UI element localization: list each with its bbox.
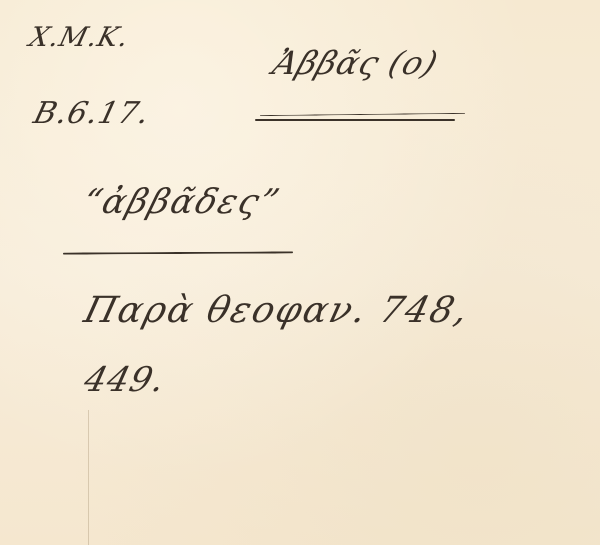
quoted-form: “ἀββᾶδες” xyxy=(78,182,285,222)
index-card: Χ.Μ.Κ. Β.6.17. Ἀββᾶς (ο) “ἀββᾶδες” Παρὰ … xyxy=(0,0,600,545)
source-reference-line-2: 449. xyxy=(80,360,170,400)
author-initials: Χ.Μ.Κ. xyxy=(26,22,133,53)
headword: Ἀββᾶς (ο) xyxy=(268,44,443,82)
headword-underline-bottom xyxy=(255,119,455,121)
entry-date: Β.6.17. xyxy=(30,96,154,131)
paper-crease xyxy=(88,410,89,545)
quoted-form-underline xyxy=(63,251,293,254)
headword-underline-top xyxy=(260,113,465,116)
source-reference-line-1: Παρὰ θεοφαν. 748, xyxy=(80,290,474,331)
